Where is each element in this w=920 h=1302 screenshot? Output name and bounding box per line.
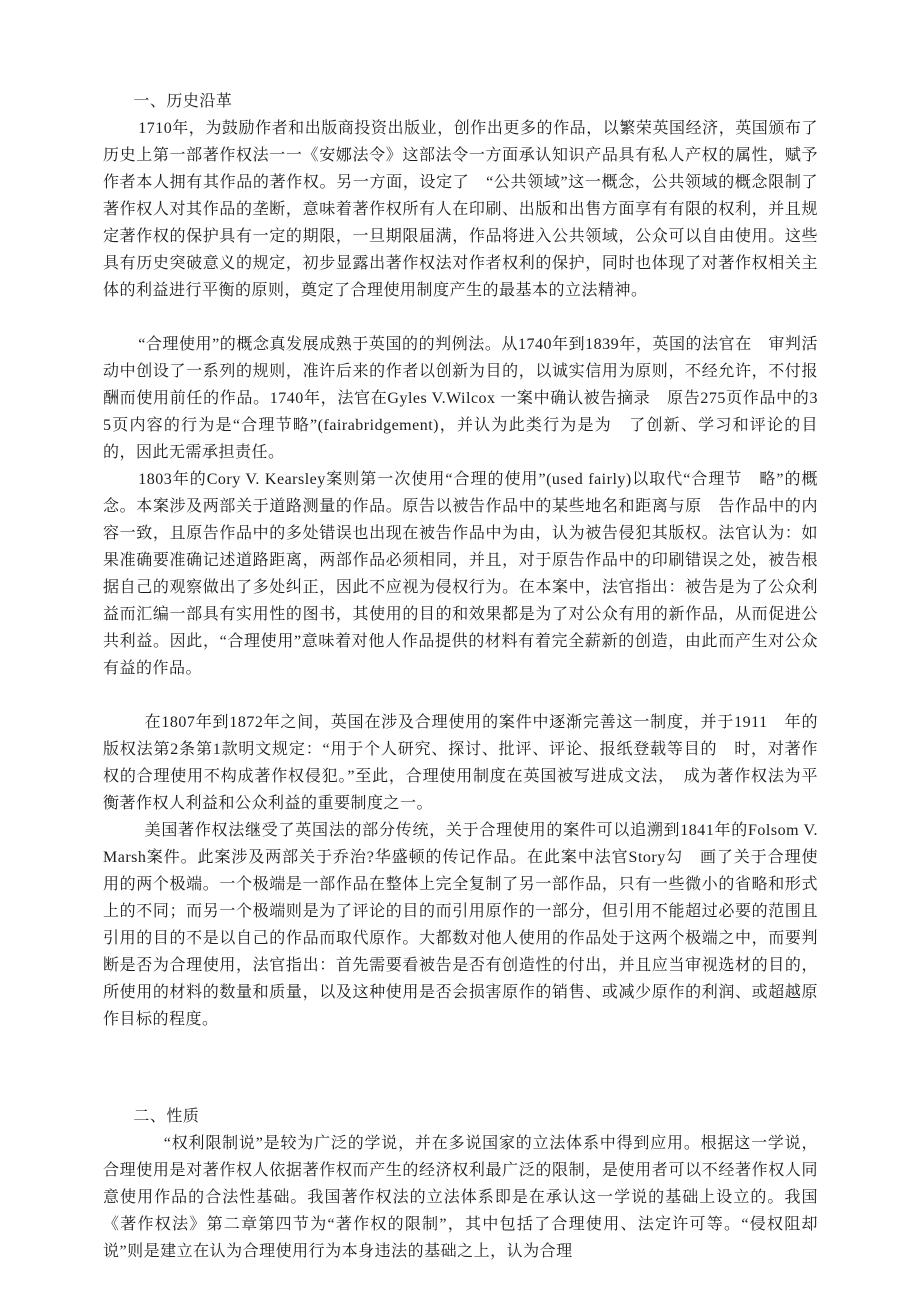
paragraph-statute-of-anne: 1710年，为鼓励作者和出版商投资出版业，创作出更多的作品，以繁荣英国经济，英国… (103, 115, 818, 304)
section-history-heading: 一、历史沿革 (103, 88, 818, 115)
paragraph-folsom-v-marsh: 美国著作权法继受了英国法的部分传统，关于合理使用的案件可以追溯到1841年的Fo… (103, 817, 818, 1033)
section-nature: 二、性质 “权利限制说”是较为广泛的学说，并在多说国家的立法体系中得到应用。根据… (103, 1103, 818, 1265)
paragraph-uk-case-law: “合理使用”的概念真发展成熟于英国的的判例法。从1740年到1839年，英国的法… (103, 331, 818, 466)
paragraph-rights-limitation-theory: “权利限制说”是较为广泛的学说，并在多说国家的立法体系中得到应用。根据这一学说，… (103, 1130, 818, 1265)
paragraph-cory-v-kearsley: 1803年的Cory V. Kearsley案则第一次使用“合理的使用”(use… (103, 466, 818, 682)
paragraph-uk-codification: 在1807年到1872年之间，英国在涉及合理使用的案件中逐渐完善这一制度，并于1… (103, 709, 818, 817)
document-page: 一、历史沿革 1710年，为鼓励作者和出版商投资出版业，创作出更多的作品，以繁荣… (0, 0, 920, 1302)
section-nature-heading: 二、性质 (103, 1103, 818, 1130)
section-history: 一、历史沿革 1710年，为鼓励作者和出版商投资出版业，创作出更多的作品，以繁荣… (103, 88, 818, 1033)
